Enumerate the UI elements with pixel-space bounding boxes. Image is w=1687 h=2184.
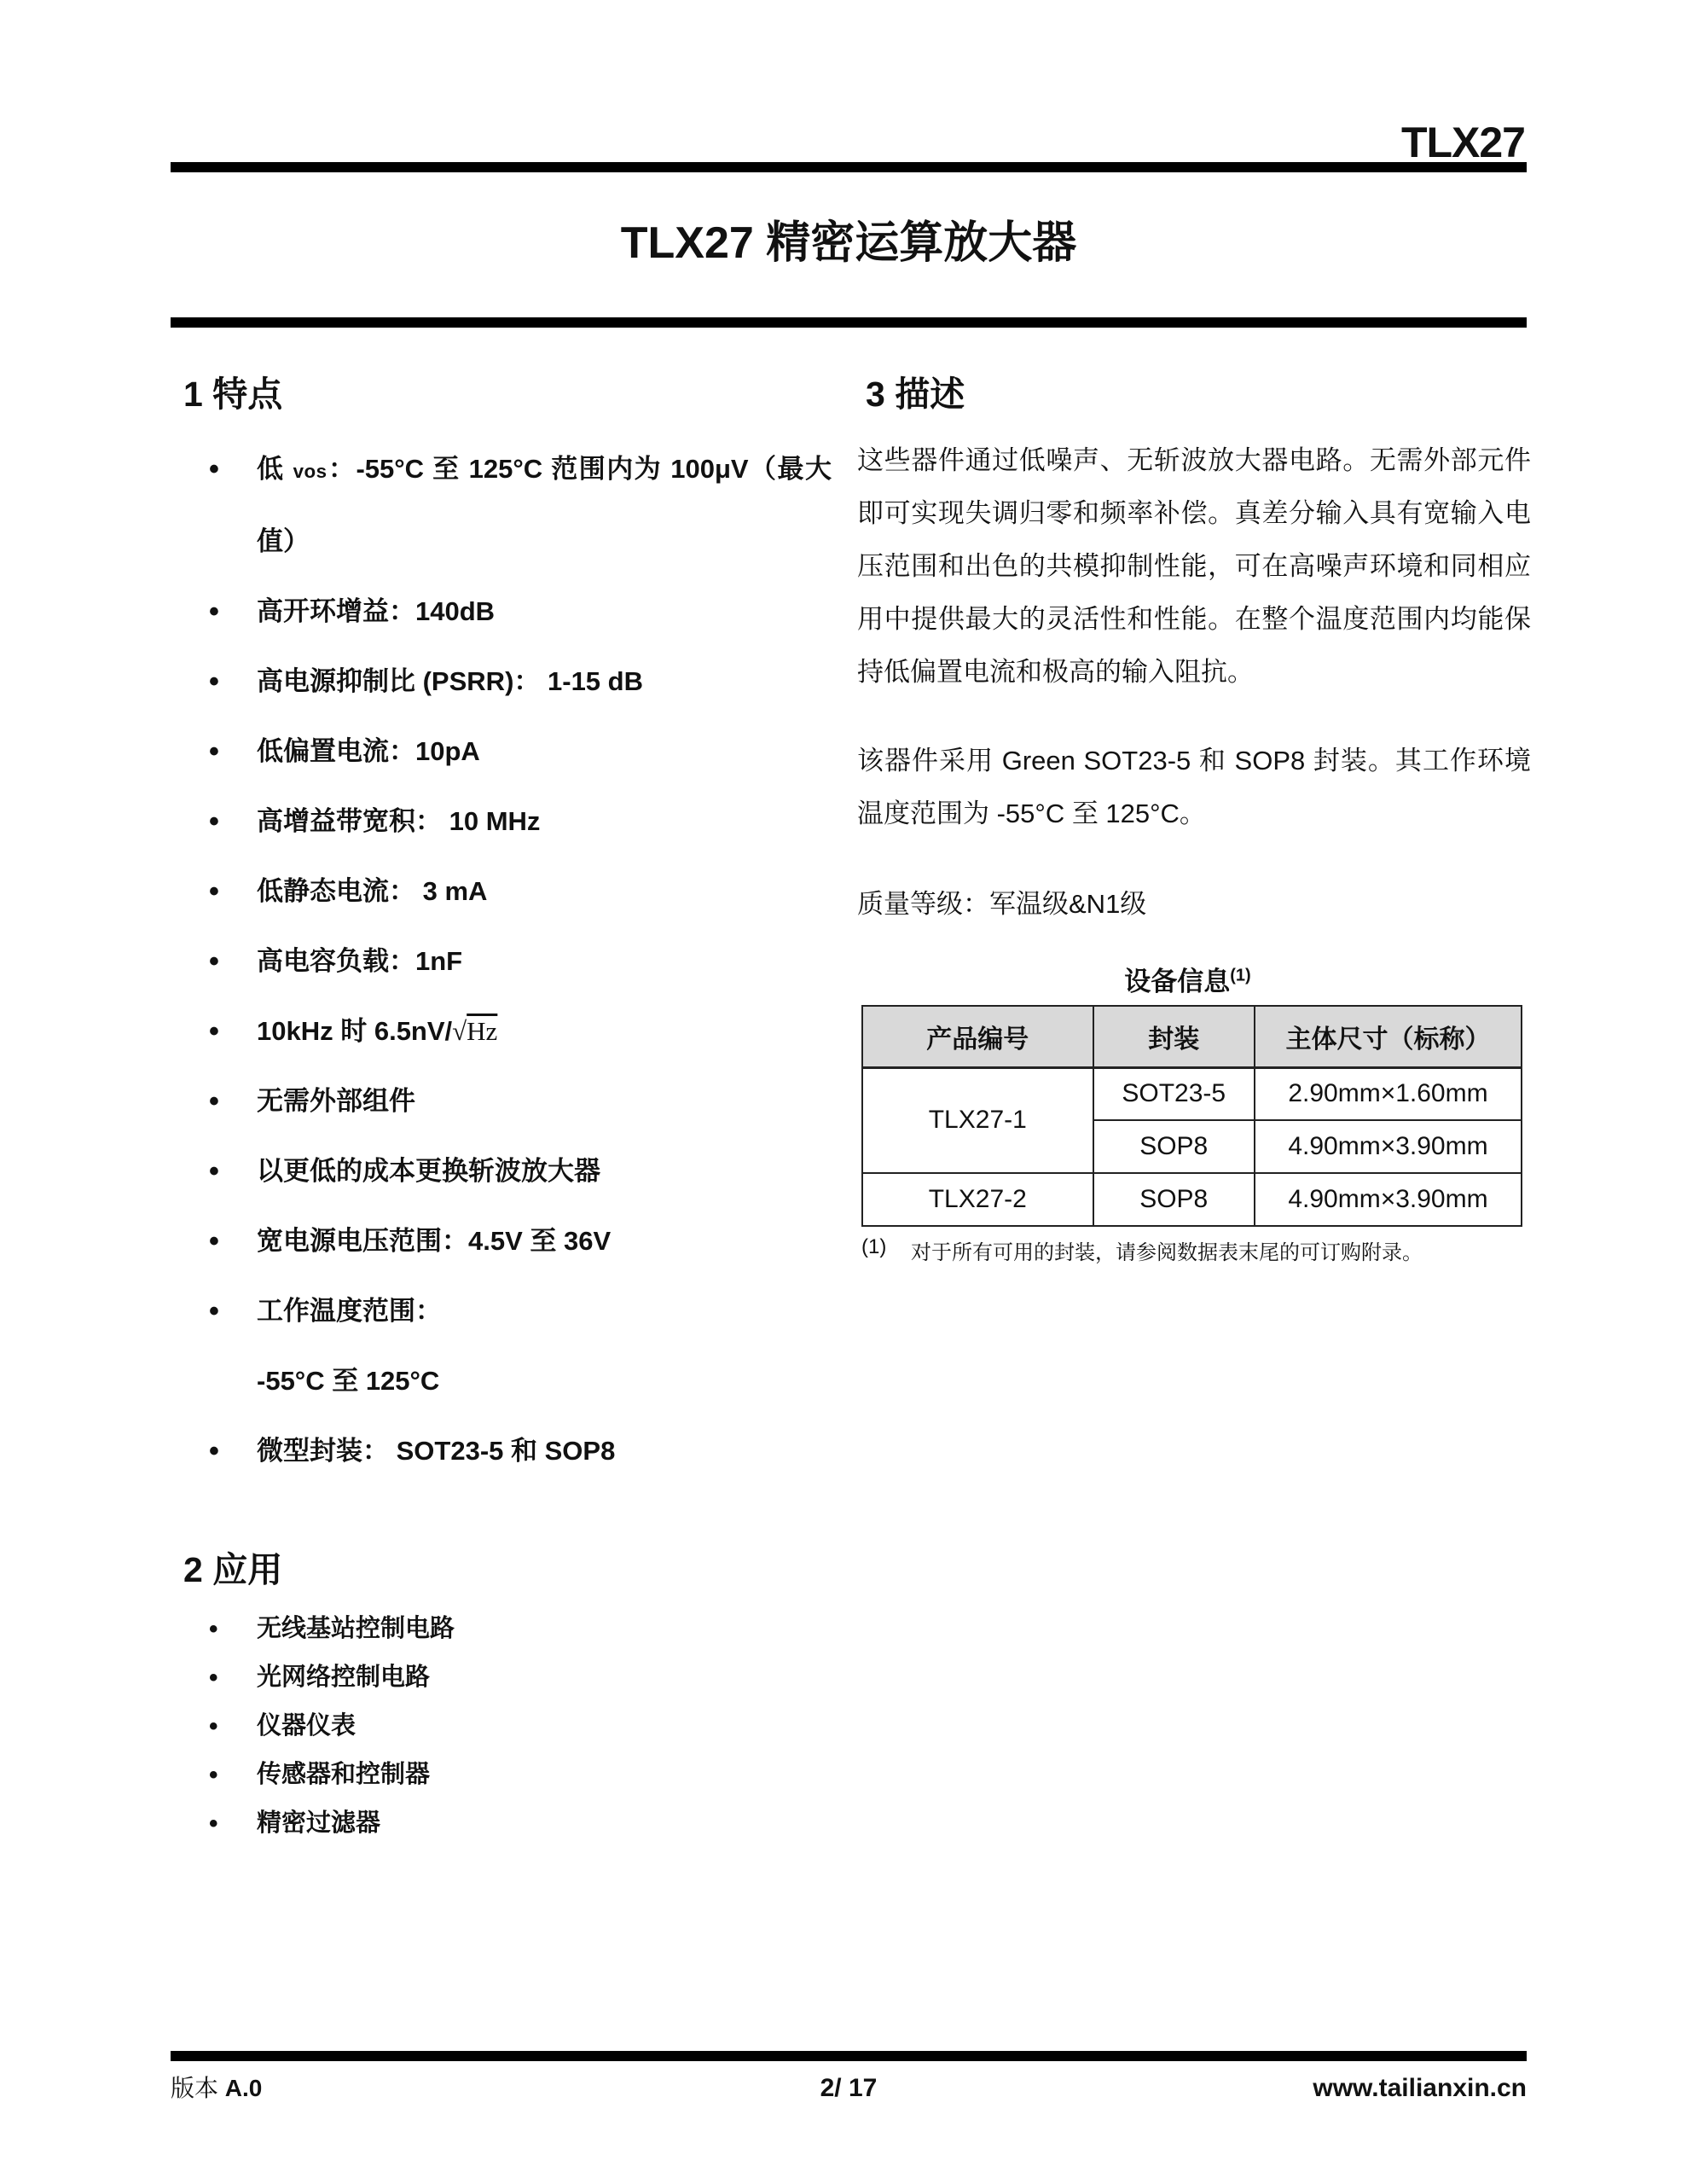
description-paragraph: 该器件采用 Green SOT23-5 和 SOP8 封装。其工作环境温度范围为… bbox=[857, 735, 1531, 840]
sqrt-radical-sign: √ bbox=[452, 1016, 467, 1046]
cell-package: SOP8 bbox=[1093, 1120, 1255, 1173]
applications-heading: 2 应用 bbox=[183, 1549, 832, 1591]
feature-item: 10kHz 时 6.5nV/√Hz bbox=[175, 996, 832, 1066]
feature-item: 低 vos：-55°C 至 125°C 范围内为 100μV（最大值） bbox=[175, 434, 832, 577]
feature-text: 高电源抑制比 (PSRR)： 1-15 dB bbox=[257, 666, 643, 696]
table-row: TLX27-1 SOT23-5 2.90mm×1.60mm bbox=[862, 1067, 1522, 1120]
description-heading: 3 描述 bbox=[866, 374, 1531, 415]
application-item: 精密过滤器 bbox=[175, 1799, 832, 1848]
feature-item: 微型封装： SOT23-5 和 SOP8 bbox=[175, 1416, 832, 1486]
application-item: 仪器仪表 bbox=[175, 1702, 832, 1751]
application-item: 光网络控制电路 bbox=[175, 1653, 832, 1702]
column-header-part: 产品编号 bbox=[862, 1006, 1093, 1067]
application-text: 传感器和控制器 bbox=[257, 1761, 430, 1788]
vos-symbol: vos bbox=[293, 461, 328, 482]
feature-text: 工作温度范围： bbox=[257, 1296, 442, 1326]
feature-item: 以更低的成本更换斩波放大器 bbox=[175, 1136, 832, 1206]
application-text: 光网络控制电路 bbox=[257, 1664, 430, 1691]
application-item: 传感器和控制器 bbox=[175, 1751, 832, 1799]
feature-item: 低静态电流： 3 mA bbox=[175, 857, 832, 926]
feature-text: 低静态电流： 3 mA bbox=[257, 876, 487, 906]
footnote-number: (1) bbox=[861, 1235, 911, 1265]
datasheet-page: TLX27 TLX27 精密运算放大器 1 特点 低 vos：-55°C 至 1… bbox=[0, 0, 1687, 2184]
feature-text: 10kHz 时 6.5nV/ bbox=[257, 1016, 452, 1046]
feature-text: 以更低的成本更换斩波放大器 bbox=[257, 1156, 600, 1186]
feature-item: 高电源抑制比 (PSRR)： 1-15 dB bbox=[175, 647, 832, 717]
footer-version: 版本 A.0 bbox=[171, 2070, 623, 2104]
feature-item: 工作温度范围：-55°C 至 125°C bbox=[175, 1276, 832, 1416]
cell-part-number: TLX27-1 bbox=[862, 1067, 1093, 1173]
device-info-table: 产品编号 封装 主体尺寸（标称） TLX27-1 SOT23-5 2.90mm×… bbox=[861, 1005, 1522, 1227]
footer-website: www.tailianxin.cn bbox=[1075, 2074, 1527, 2103]
content-columns: 1 特点 低 vos：-55°C 至 125°C 范围内为 100μV（最大值）… bbox=[175, 374, 1531, 1848]
feature-text: 高电容负载：1nF bbox=[257, 946, 462, 976]
version-number: A.0 bbox=[225, 2075, 263, 2101]
feature-item: 低偏置电流：10pA bbox=[175, 717, 832, 787]
cell-size: 4.90mm×3.90mm bbox=[1255, 1120, 1522, 1173]
feature-item: 宽电源电压范围：4.5V 至 36V bbox=[175, 1206, 832, 1276]
feature-text: 低偏置电流：10pA bbox=[257, 736, 480, 766]
footer-rule bbox=[171, 2051, 1527, 2061]
application-text: 仪器仪表 bbox=[257, 1712, 356, 1740]
column-header-package: 封装 bbox=[1093, 1006, 1255, 1067]
table-footnote: (1) 对于所有可用的封装，请参阅数据表末尾的可订购附录。 bbox=[861, 1235, 1522, 1265]
feature-text: 高开环增益：140dB bbox=[257, 596, 495, 626]
footnote-text: 对于所有可用的封装，请参阅数据表末尾的可订购附录。 bbox=[911, 1235, 1522, 1265]
cell-size: 4.90mm×3.90mm bbox=[1255, 1173, 1522, 1226]
features-list: 低 vos：-55°C 至 125°C 范围内为 100μV（最大值） 高开环增… bbox=[175, 434, 832, 1486]
column-header-size: 主体尺寸（标称） bbox=[1255, 1006, 1522, 1067]
sqrt-argument: Hz bbox=[467, 1016, 497, 1046]
cell-part-number: TLX27-2 bbox=[862, 1173, 1093, 1226]
application-text: 精密过滤器 bbox=[257, 1809, 380, 1837]
feature-item: 高增益带宽积： 10 MHz bbox=[175, 787, 832, 857]
cell-size: 2.90mm×1.60mm bbox=[1255, 1067, 1522, 1120]
feature-item: 高电容负载：1nF bbox=[175, 926, 832, 996]
footer-page-number: 2/ 17 bbox=[623, 2074, 1075, 2103]
feature-text: 高增益带宽积： 10 MHz bbox=[257, 806, 540, 836]
device-info-footnote-ref: (1) bbox=[1230, 967, 1250, 985]
page-footer: 版本 A.0 2/ 17 www.tailianxin.cn bbox=[171, 2070, 1527, 2104]
feature-item: 无需外部组件 bbox=[175, 1066, 832, 1136]
feature-item: 高开环增益：140dB bbox=[175, 577, 832, 647]
doc-code: TLX27 bbox=[1401, 118, 1525, 167]
page-title: TLX27 精密运算放大器 bbox=[171, 206, 1527, 270]
version-label: 版本 bbox=[171, 2075, 225, 2101]
quality-grade-line: 质量等级：军温级&N1级 bbox=[857, 878, 1531, 931]
feature-text: ：-55°C 至 125°C 范围内为 100μV（最大值） bbox=[257, 454, 832, 556]
feature-text: -55°C 至 125°C bbox=[257, 1366, 439, 1396]
table-header-row: 产品编号 封装 主体尺寸（标称） bbox=[862, 1006, 1522, 1067]
left-column: 1 特点 低 vos：-55°C 至 125°C 范围内为 100μV（最大值）… bbox=[175, 374, 832, 1848]
device-info-title-text: 设备信息 bbox=[1124, 967, 1230, 996]
cell-package: SOP8 bbox=[1093, 1173, 1255, 1226]
feature-text: 无需外部组件 bbox=[257, 1086, 415, 1116]
header-rule bbox=[171, 162, 1527, 172]
feature-text: 低 bbox=[257, 454, 293, 484]
feature-text: 宽电源电压范围：4.5V 至 36V bbox=[257, 1226, 611, 1256]
description-paragraph: 这些器件通过低噪声、无斩波放大器电路。无需外部元件即可实现失调归零和频率补偿。真… bbox=[857, 434, 1531, 699]
title-rule bbox=[171, 317, 1527, 328]
table-row: TLX27-2 SOP8 4.90mm×3.90mm bbox=[862, 1173, 1522, 1226]
application-item: 无线基站控制电路 bbox=[175, 1605, 832, 1653]
feature-text: 微型封装： SOT23-5 和 SOP8 bbox=[257, 1436, 615, 1466]
cell-package: SOT23-5 bbox=[1093, 1067, 1255, 1120]
features-heading: 1 特点 bbox=[183, 374, 832, 415]
application-text: 无线基站控制电路 bbox=[257, 1615, 455, 1642]
right-column: 3 描述 这些器件通过低噪声、无斩波放大器电路。无需外部元件即可实现失调归零和频… bbox=[857, 374, 1531, 1265]
device-info-title: 设备信息(1) bbox=[857, 960, 1518, 998]
applications-list: 无线基站控制电路 光网络控制电路 仪器仪表 传感器和控制器 精密过滤器 bbox=[175, 1605, 832, 1848]
